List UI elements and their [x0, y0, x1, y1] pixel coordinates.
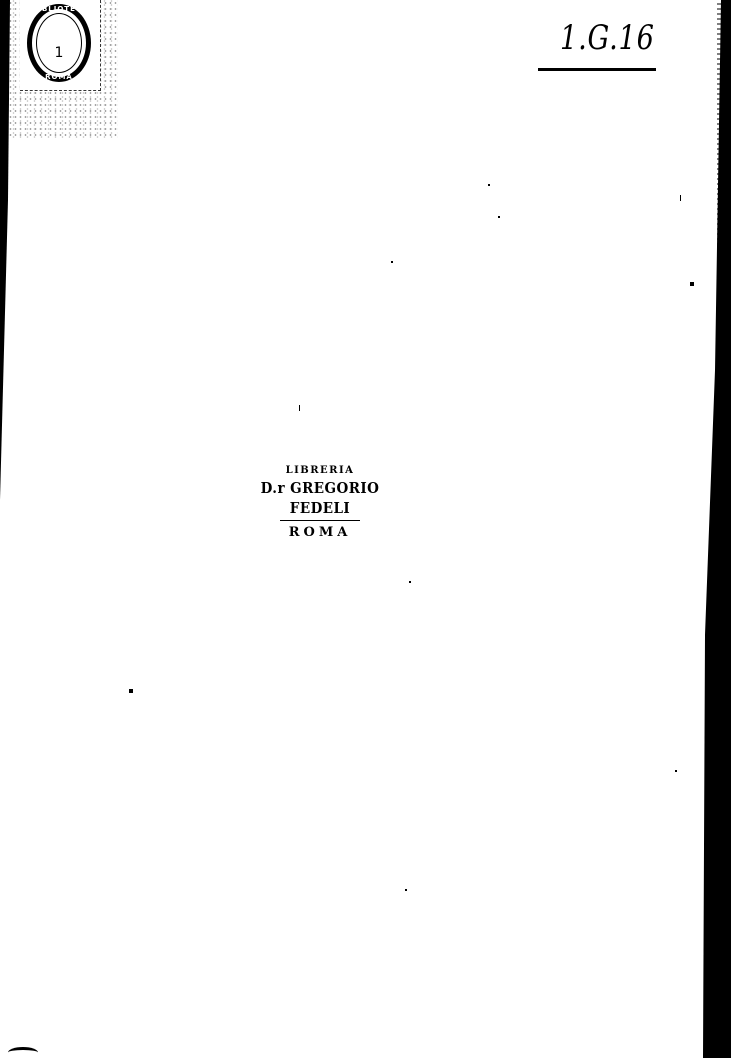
scan-speck — [405, 889, 407, 891]
stamp-ring-text-top: BIBLIOTECA — [32, 5, 86, 13]
bookseller-stamp: LIBRERIA D.r GREGORIO FEDELI ROMA — [230, 464, 410, 541]
scan-speck — [299, 405, 300, 411]
shelfmark-underline — [538, 68, 656, 71]
bookseller-line3: ROMA — [230, 525, 410, 541]
scan-speck — [488, 184, 490, 186]
scan-speck — [498, 216, 500, 218]
bookseller-line2: D.r GREGORIO FEDELI — [239, 478, 401, 518]
shelfmark: 1.G.16 — [560, 18, 655, 58]
scan-speck — [675, 770, 677, 772]
stamp-inner-ring — [36, 13, 82, 73]
library-stamp: BIBLIOTECA 1 ROMA — [27, 4, 91, 82]
bottom-scan-mark — [8, 1047, 38, 1058]
bookseller-divider — [280, 520, 360, 521]
scan-speck — [690, 282, 694, 286]
scan-speck — [409, 581, 411, 583]
bookseller-line1: LIBRERIA — [230, 464, 410, 478]
stamp-number: 1 — [55, 45, 64, 61]
right-scan-edge — [691, 0, 731, 1058]
document-page: BIBLIOTECA 1 ROMA 1.G.16 LIBRERIA D.r GR… — [0, 0, 731, 1058]
scan-speck — [129, 689, 133, 693]
stamp-ring-text-bottom: ROMA — [32, 73, 86, 81]
scan-speck — [391, 261, 393, 263]
scan-speck — [680, 195, 681, 201]
